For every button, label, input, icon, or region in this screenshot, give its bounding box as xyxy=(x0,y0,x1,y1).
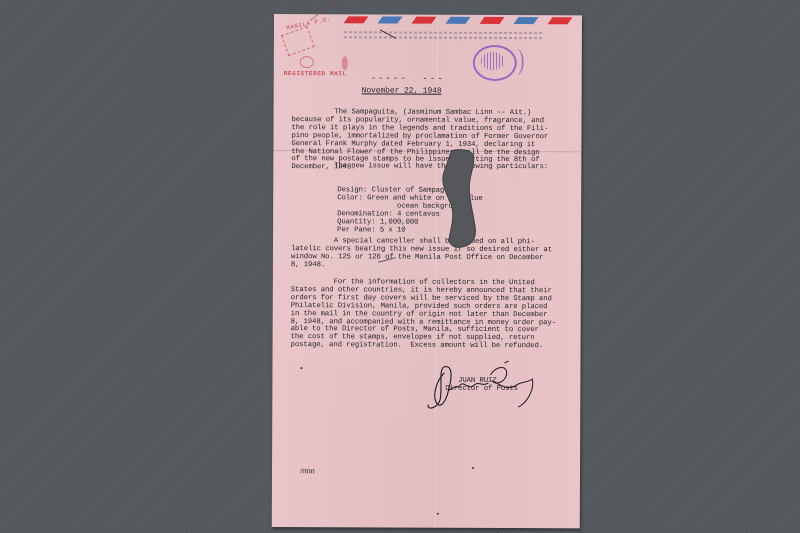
red-postal-stamp-icon: MANILA P.O. REGISTERED MAIL xyxy=(280,20,368,84)
paragraph-3: A special canceller shall be issued on a… xyxy=(291,238,552,271)
dashed-line: ----- --- xyxy=(371,73,445,83)
envelope-printed-lines xyxy=(344,28,544,47)
paragraph-4: For the information of collectors in the… xyxy=(291,279,557,351)
signature-block: JUAN RUIZ Director of Posts xyxy=(432,378,518,394)
typist-initials: /rmn xyxy=(300,467,315,475)
particulars-list: Design: Cluster of Sampaguita Color: Gre… xyxy=(337,187,483,235)
paragraph-2-particulars-intro: The new issue will have the following pa… xyxy=(291,163,548,172)
letter-date: November 22, 1948 xyxy=(362,87,442,95)
violet-seal-stamp-icon xyxy=(473,45,517,81)
letter-document: MANILA P.O. REGISTERED MAIL ----- --- No… xyxy=(272,14,582,528)
airmail-border xyxy=(342,16,572,25)
